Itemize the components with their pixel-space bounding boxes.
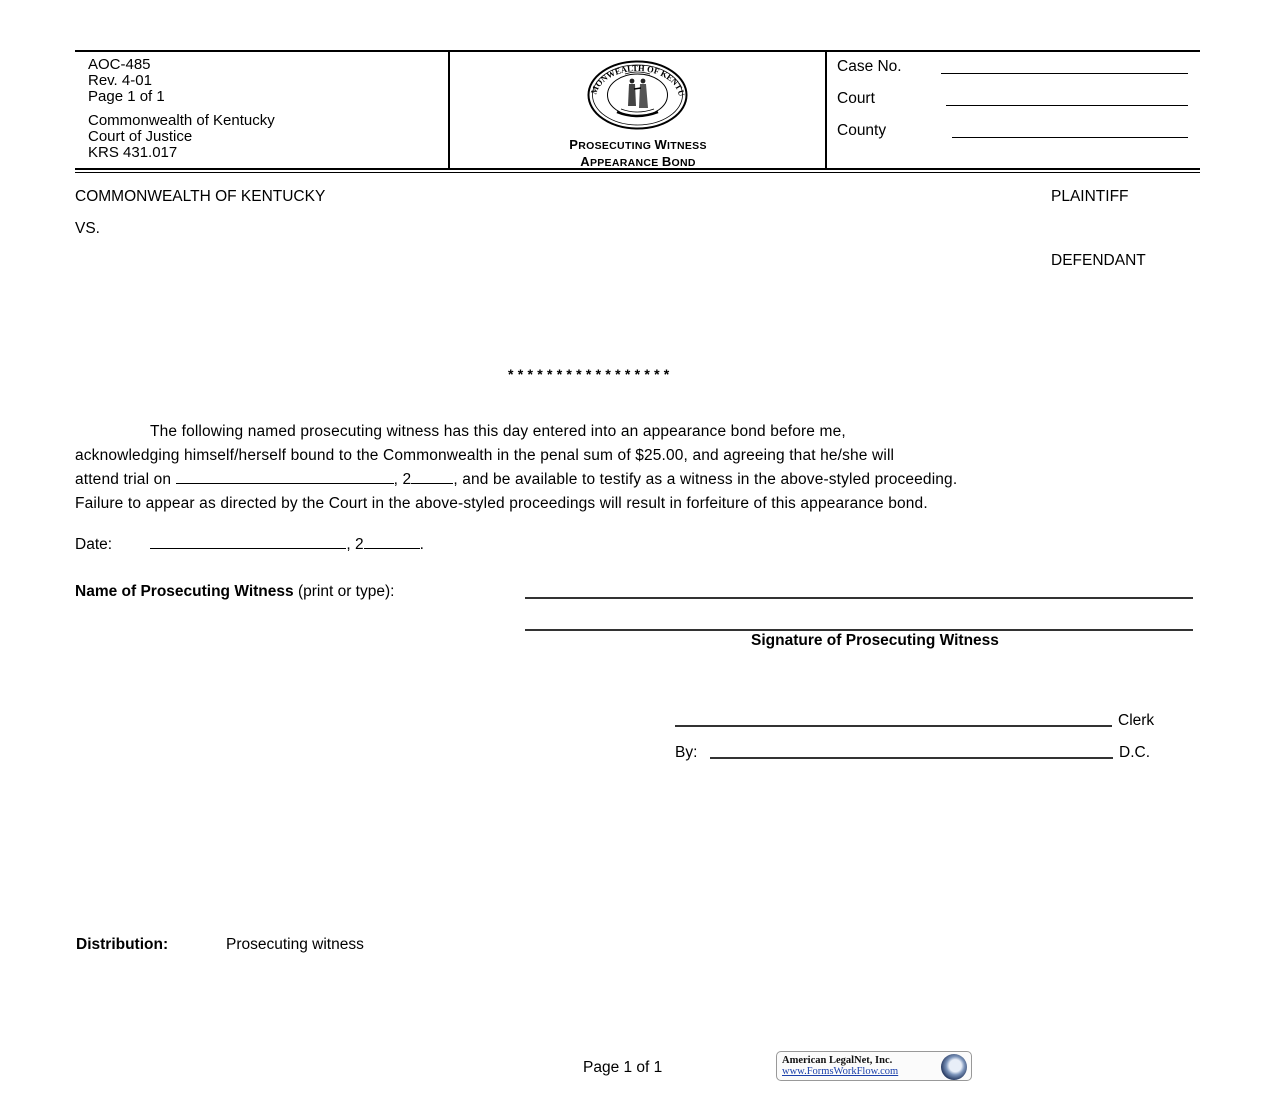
plaintiff-label: PLAINTIFF: [1051, 188, 1129, 206]
court-field[interactable]: [946, 105, 1188, 106]
trial-year-field[interactable]: [411, 470, 453, 484]
form-page-info: Page 1 of 1: [88, 89, 275, 105]
date-year-prefix: , 2: [346, 536, 363, 553]
header-top-rule: [75, 50, 1200, 52]
kentucky-seal-icon: COMMONWEALTH OF KENTUCKY: [587, 60, 688, 130]
jurisdiction: Commonwealth of Kentucky: [88, 113, 275, 129]
signature-label: Signature of Prosecuting Witness: [751, 632, 999, 650]
witness-name-label-hint: (print or type):: [294, 583, 395, 600]
by-label: By:: [675, 744, 697, 762]
form-revision: Rev. 4-01: [88, 73, 275, 89]
date-year-field[interactable]: [364, 535, 420, 549]
distribution-value: Prosecuting witness: [226, 936, 364, 954]
court-label: Court: [837, 90, 875, 108]
bond-text-line4: Failure to appear as directed by the Cou…: [75, 492, 1205, 516]
bond-statement: The following named prosecuting witness …: [75, 420, 1205, 516]
date-period: .: [420, 536, 424, 553]
date-field[interactable]: [150, 535, 346, 549]
county-label: County: [837, 122, 886, 140]
distribution-label: Distribution:: [76, 936, 168, 954]
form-number: AOC-485: [88, 57, 275, 73]
versus-label: VS.: [75, 220, 100, 238]
form-title-line2: APPEARANCE BOND: [450, 153, 826, 172]
date-label: Date:: [75, 536, 112, 553]
header-bottom-rule-thin: [75, 172, 1200, 173]
bond-text-line2: acknowledging himself/herself bound to t…: [75, 444, 1205, 468]
witness-name-label: Name of Prosecuting Witness (print or ty…: [75, 583, 394, 601]
witness-signature-field[interactable]: [525, 629, 1193, 631]
trial-year-prefix: , 2: [394, 471, 412, 488]
case-no-label: Case No.: [837, 58, 902, 76]
case-no-field[interactable]: [941, 73, 1188, 74]
badge-company: American LegalNet, Inc.: [782, 1055, 892, 1066]
footer-page-number: Page 1 of 1: [583, 1059, 662, 1077]
globe-icon: [941, 1054, 967, 1080]
deputy-clerk-label: D.C.: [1119, 744, 1150, 762]
clerk-signature-field[interactable]: [675, 725, 1112, 727]
witness-name-label-bold: Name of Prosecuting Witness: [75, 583, 294, 600]
witness-name-field[interactable]: [525, 597, 1193, 599]
court-of-justice: Court of Justice: [88, 129, 275, 145]
form-identification: AOC-485 Rev. 4-01 Page 1 of 1 Commonweal…: [88, 57, 275, 161]
trial-date-field[interactable]: [176, 470, 394, 484]
bond-text-line1: The following named prosecuting witness …: [150, 423, 846, 440]
trial-date-prefix: attend trial on: [75, 471, 176, 488]
badge-url-link[interactable]: www.FormsWorkFlow.com: [782, 1066, 898, 1077]
statute-reference: KRS 431.017: [88, 145, 275, 161]
clerk-label: Clerk: [1118, 712, 1154, 730]
date-row: Date: , 2.: [75, 535, 424, 554]
section-separator: * * * * * * * * * * * * * * * * *: [508, 366, 669, 382]
deputy-clerk-signature-field[interactable]: [710, 757, 1113, 759]
defendant-label: DEFENDANT: [1051, 252, 1146, 270]
legalnet-badge[interactable]: American LegalNet, Inc. www.FormsWorkFlo…: [776, 1051, 972, 1081]
bond-text-line3: , and be available to testify as a witne…: [453, 471, 957, 488]
county-field[interactable]: [952, 137, 1188, 138]
plaintiff-name: COMMONWEALTH OF KENTUCKY: [75, 188, 325, 206]
